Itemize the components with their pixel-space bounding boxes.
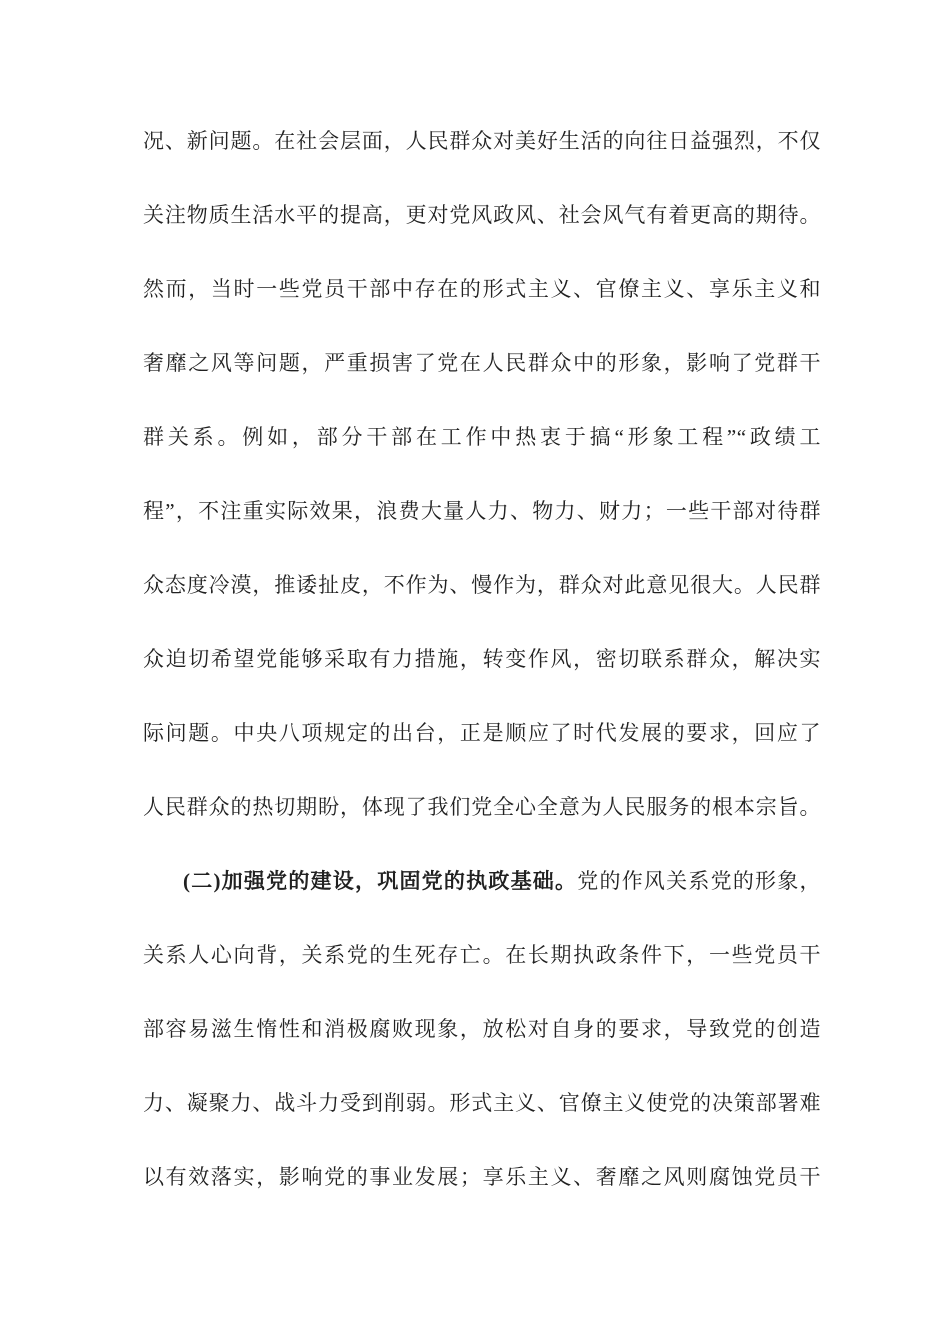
text-line: 部容易滋生惰性和消极腐败现象，放松对自身的要求，导致党的创造 <box>143 992 821 1066</box>
text-line: 关注物质生活水平的提高，更对党风政风、社会风气有着更高的期待。 <box>143 178 821 252</box>
body-text: 党的作风关系党的形象， <box>577 869 821 893</box>
body-text: 众迫切希望党能够采取有力措施，转变作风，密切联系群众，解决实 <box>143 647 821 671</box>
body-text: 际问题。中央八项规定的出台，正是顺应了时代发展的要求，回应了 <box>143 721 821 745</box>
text-line: 然而，当时一些党员干部中存在的形式主义、官僚主义、享乐主义和 <box>143 252 821 326</box>
section-heading-text: (二)加强党的建设，巩固党的执政基础。 <box>183 869 577 893</box>
body-text: 关系人心向背，关系党的生死存亡。在长期执政条件下，一些党员干 <box>143 943 821 967</box>
body-text: 关注物质生活水平的提高，更对党风政风、社会风气有着更高的期待。 <box>143 203 821 227</box>
text-line: 际问题。中央八项规定的出台，正是顺应了时代发展的要求，回应了 <box>143 696 821 770</box>
text-line: 关系人心向背，关系党的生死存亡。在长期执政条件下，一些党员干 <box>143 918 821 992</box>
text-block: 况、新问题。在社会层面，人民群众对美好生活的向往日益强烈，不仅关注物质生活水平的… <box>143 104 821 1214</box>
text-line: 奢靡之风等问题，严重损害了党在人民群众中的形象，影响了党群干 <box>143 326 821 400</box>
body-text: 况、新问题。在社会层面，人民群众对美好生活的向往日益强烈，不仅 <box>143 129 821 153</box>
body-text: 然而，当时一些党员干部中存在的形式主义、官僚主义、享乐主义和 <box>143 277 821 301</box>
paragraph-heading-line: (二)加强党的建设，巩固党的执政基础。党的作风关系党的形象， <box>143 844 821 918</box>
text-line: 力、凝聚力、战斗力受到削弱。形式主义、官僚主义使党的决策部署难 <box>143 1066 821 1140</box>
text-line: 众态度冷漠，推诿扯皮，不作为、慢作为，群众对此意见很大。人民群 <box>143 548 821 622</box>
body-text: 奢靡之风等问题，严重损害了党在人民群众中的形象，影响了党群干 <box>143 351 821 375</box>
body-text: 力、凝聚力、战斗力受到削弱。形式主义、官僚主义使党的决策部署难 <box>143 1091 821 1115</box>
text-line: 众迫切希望党能够采取有力措施，转变作风，密切联系群众，解决实 <box>143 622 821 696</box>
document-page: 况、新问题。在社会层面，人民群众对美好生活的向往日益强烈，不仅关注物质生活水平的… <box>0 0 950 1344</box>
text-line: 以有效落实，影响党的事业发展；享乐主义、奢靡之风则腐蚀党员干 <box>143 1140 821 1214</box>
text-line: 程”，不注重实际效果，浪费大量人力、物力、财力；一些干部对待群 <box>143 474 821 548</box>
body-text: 众态度冷漠，推诿扯皮，不作为、慢作为，群众对此意见很大。人民群 <box>143 573 821 597</box>
body-text: 人民群众的热切期盼，体现了我们党全心全意为人民服务的根本宗旨。 <box>143 795 821 819</box>
text-line: 群关系。例如，部分干部在工作中热衷于搞“形象工程”“政绩工 <box>143 400 821 474</box>
body-text: 部容易滋生惰性和消极腐败现象，放松对自身的要求，导致党的创造 <box>143 1017 821 1041</box>
body-text: 以有效落实，影响党的事业发展；享乐主义、奢靡之风则腐蚀党员干 <box>143 1165 821 1189</box>
body-text: 程”，不注重实际效果，浪费大量人力、物力、财力；一些干部对待群 <box>143 499 821 523</box>
text-line: 况、新问题。在社会层面，人民群众对美好生活的向往日益强烈，不仅 <box>143 104 821 178</box>
body-text: 群关系。例如，部分干部在工作中热衷于搞“形象工程”“政绩工 <box>143 425 821 449</box>
text-line: 人民群众的热切期盼，体现了我们党全心全意为人民服务的根本宗旨。 <box>143 770 821 844</box>
